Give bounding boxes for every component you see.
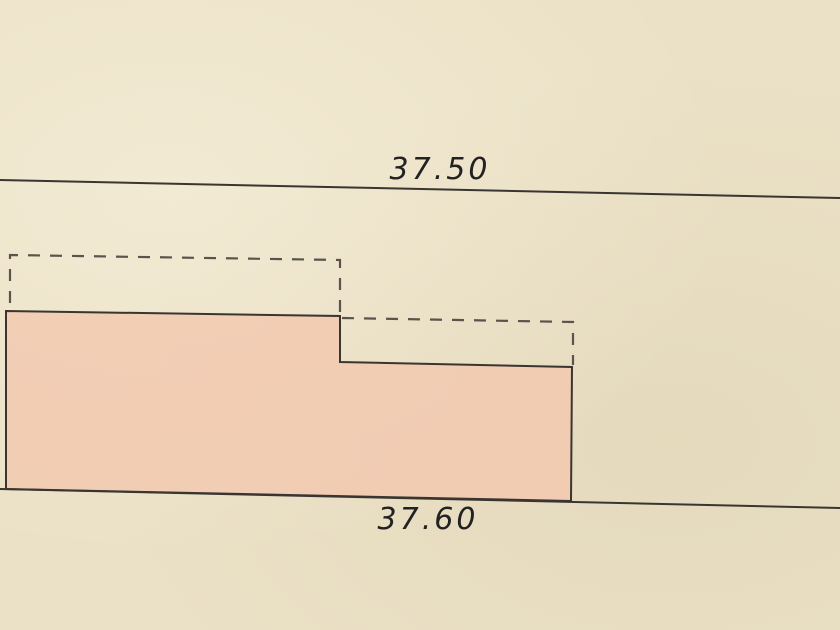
building-footprint <box>6 311 572 501</box>
dashed-outline <box>10 255 340 318</box>
bottom-elevation-label: 37.60 <box>378 502 479 537</box>
dashed-outline-right <box>342 318 573 365</box>
top-elevation-label: 37.50 <box>390 152 491 187</box>
